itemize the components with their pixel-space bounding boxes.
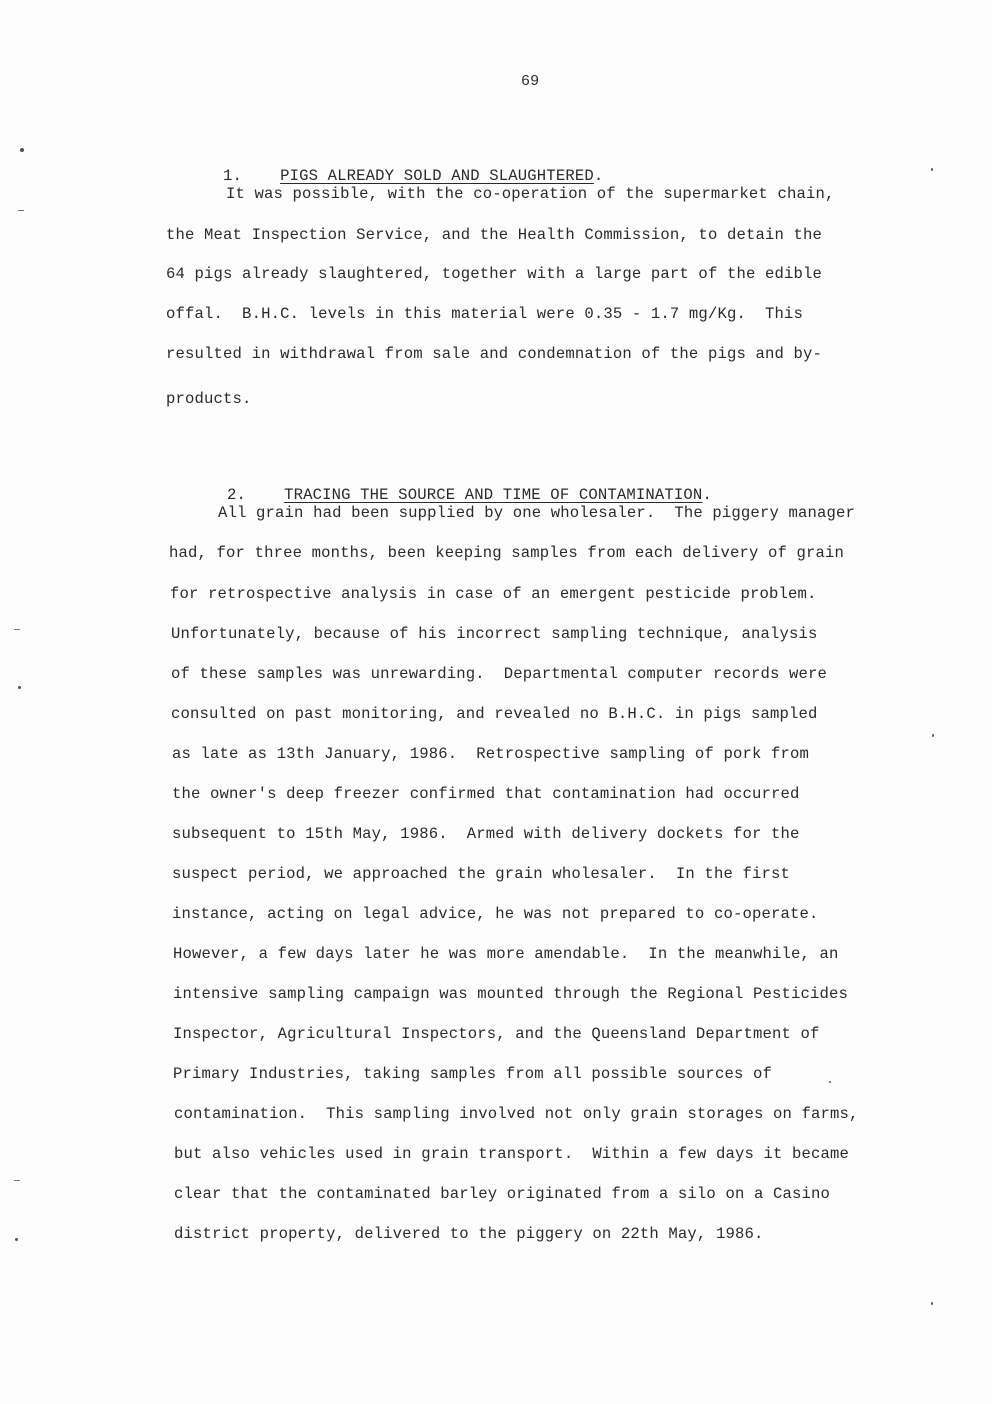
section-number: 2. <box>227 486 246 504</box>
paragraph-line: consulted on past monitoring, and reveal… <box>171 704 818 724</box>
paragraph-line: However, a few days later he was more am… <box>173 944 839 964</box>
paragraph-line: had, for three months, been keeping samp… <box>169 543 844 563</box>
paragraph-line: the Meat Inspection Service, and the Hea… <box>166 225 822 245</box>
scan-speck <box>932 734 934 737</box>
document-page: 69 1. PIGS ALREADY SOLD AND SLAUGHTERED.… <box>0 0 992 1404</box>
paragraph-line: as late as 13th January, 1986. Retrospec… <box>172 744 809 764</box>
paragraph-line: clear that the contaminated barley origi… <box>174 1184 830 1204</box>
paragraph-line: subsequent to 15th May, 1986. Armed with… <box>172 824 800 844</box>
paragraph-line: the owner's deep freezer confirmed that … <box>172 784 800 804</box>
paragraph-line: resulted in withdrawal from sale and con… <box>166 344 822 364</box>
section-title: PIGS ALREADY SOLD AND SLAUGHTERED <box>280 167 594 185</box>
scan-mark <box>14 629 20 630</box>
scan-mark <box>14 1180 20 1181</box>
scan-speck <box>829 1081 831 1083</box>
paragraph-line: offal. B.H.C. levels in this material we… <box>166 304 803 324</box>
paragraph-line: Inspector, Agricultural Inspectors, and … <box>173 1024 820 1044</box>
paragraph-line: district property, delivered to the pigg… <box>174 1224 763 1244</box>
paragraph-line: suspect period, we approached the grain … <box>172 864 790 884</box>
section-title: TRACING THE SOURCE AND TIME OF CONTAMINA… <box>284 486 702 504</box>
paragraph-line: instance, acting on legal advice, he was… <box>172 904 819 924</box>
section-title-period: . <box>702 486 712 504</box>
paragraph-line: contamination. This sampling involved no… <box>174 1104 859 1124</box>
paragraph-line: All grain had been supplied by one whole… <box>218 503 855 523</box>
paragraph-line: 64 pigs already slaughtered, together wi… <box>166 264 822 284</box>
paragraph-line: Primary Industries, taking samples from … <box>173 1064 772 1084</box>
paragraph-line: of these samples was unrewarding. Depart… <box>171 664 827 684</box>
scan-speck <box>931 1302 933 1305</box>
paragraph-line: Unfortunately, because of his incorrect … <box>171 624 818 644</box>
section-number: 1. <box>223 167 242 185</box>
scan-speck <box>18 686 21 689</box>
page-number: 69 <box>521 72 539 92</box>
scan-mark <box>18 210 24 211</box>
paragraph-line: products. <box>166 389 252 409</box>
scan-speck <box>20 148 24 152</box>
section-title-period: . <box>594 167 604 185</box>
paragraph-line: It was possible, with the co-operation o… <box>226 184 835 204</box>
paragraph-line: for retrospective analysis in case of an… <box>170 584 817 604</box>
scan-speck <box>15 1238 18 1241</box>
scan-speck <box>931 168 933 171</box>
paragraph-line: but also vehicles used in grain transpor… <box>174 1144 849 1164</box>
paragraph-line: intensive sampling campaign was mounted … <box>173 984 848 1004</box>
